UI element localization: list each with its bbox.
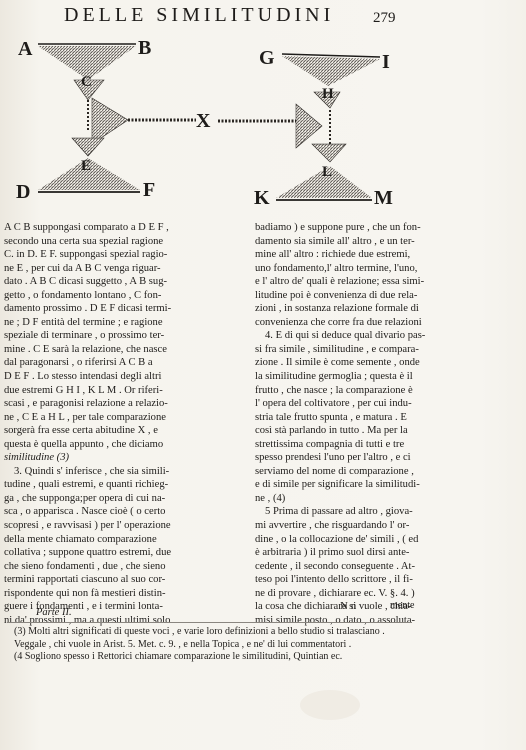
text-line: serviamo del nome di comparazione , xyxy=(255,465,425,479)
footnote-3: (3) Molti altri significati di queste vo… xyxy=(14,626,419,651)
text-line: scasi , e paragonisi relazione a relazio… xyxy=(4,397,251,411)
page-number: 279 xyxy=(373,10,396,27)
label-h: H xyxy=(322,86,334,102)
label-l: L xyxy=(322,164,332,180)
label-f: F xyxy=(143,179,155,201)
text-line: ne , (4) xyxy=(255,492,425,506)
running-head: DELLE SIMILITUDINI xyxy=(64,4,334,27)
similitude-diagram: A B C D E F G H I K L M X xyxy=(0,36,420,206)
text-line: teso poi l'intento dello scrittore , il … xyxy=(255,573,425,587)
paper-stain xyxy=(300,690,360,720)
text-line: cedente , il secondo conseguente . At- xyxy=(255,560,425,574)
paragraph-start: 5 Prima di passare ad altro , giova- xyxy=(255,505,425,519)
text-line: strettissima compagnia di tutti e tre xyxy=(255,438,425,452)
text-line: tudine , quali estremi, e quanti richieg… xyxy=(4,478,251,492)
label-c: C xyxy=(81,74,92,90)
text-line: mine . C E sarà la relazione, che nasce xyxy=(4,343,251,357)
text-line: getto , o fondamento lontano , C fon- xyxy=(4,289,251,303)
label-g: G xyxy=(259,47,275,69)
text-line: è arbitraria ) il primo suol dirsi ante- xyxy=(255,546,425,560)
text-line: badiamo ) e suppone pure , che un fon- xyxy=(255,221,425,235)
right-column: badiamo ) e suppone pure , che un fon- d… xyxy=(255,221,425,627)
text-line: sca , o apparisca . Nasce cioè ( o certo xyxy=(4,505,251,519)
text-line: A C B suppongasi comparato a D E F , xyxy=(4,221,251,235)
footnote-4: (4 Sogliono spesso i Rettorici chiamare … xyxy=(14,651,419,664)
text-line: damento prossimo . D E F dicasi termi- xyxy=(4,302,251,316)
text-line: litudine poi è convenienza di due rela- xyxy=(255,289,425,303)
label-m: M xyxy=(374,187,393,206)
text-line: della mente chiamato comparazione xyxy=(4,533,251,547)
paragraph-start: 3. Quindi s' inferisce , che sia simili- xyxy=(4,465,251,479)
text-line: mi avvertire , che risguardando l' or- xyxy=(255,519,425,533)
label-k: K xyxy=(254,187,270,206)
text-line: ga , che supponga;per opera di cui na- xyxy=(4,492,251,506)
catchword: mente xyxy=(390,600,414,611)
text-line: ne E , per cui da A B C venga riguar- xyxy=(4,262,251,276)
text-line: zioni , in sostanza relazione formale di xyxy=(255,302,425,316)
catchword-signature: N n xyxy=(340,600,356,612)
text-line: così stà parlando in tutto . Ma per la xyxy=(255,424,425,438)
text-line: zione . Il simile è come semente , onde xyxy=(255,356,425,370)
footnotes: (3) Molti altri significati di queste vo… xyxy=(14,626,419,664)
book-page: DELLE SIMILITUDINI 279 xyxy=(0,0,526,750)
text-line: questa è quella appunto , che diciamo xyxy=(4,438,251,452)
text-line: spesso prendesi l'uno per l'altro , e ci xyxy=(255,451,425,465)
text-line: similitudine (3) xyxy=(4,451,251,465)
text-line: si fra simile , similitudine , e compara… xyxy=(255,343,425,357)
text-line: termini rapportati ciascuno al suo cor- xyxy=(4,573,251,587)
text-line: uno fondamento,l' altro termine, l'uno, xyxy=(255,262,425,276)
text-line: frutto , che nasce ; la comparazione è xyxy=(255,384,425,398)
text-line: dato . A B C dicasi suggetto , A B sug- xyxy=(4,275,251,289)
text-line: secondo una certa sua spezial ragione xyxy=(4,235,251,249)
text-line: due estremi G H I , K L M . Or riferi- xyxy=(4,384,251,398)
text-line: damento sia simile all' altro , e un ter… xyxy=(255,235,425,249)
signature-mark: Parte II. xyxy=(36,607,72,618)
text-line: C. in D. E F. suppongasi spezial ragio- xyxy=(4,248,251,262)
label-i: I xyxy=(382,51,390,73)
text-line: sorgerà fra esse certa abitudine X , e xyxy=(4,424,251,438)
label-x: X xyxy=(196,110,211,132)
paragraph-start: 4. E di qui si deduce qual divario pas- xyxy=(255,329,425,343)
text-line: dal paragonarsi , o riferirsi A C B a xyxy=(4,356,251,370)
label-e: E xyxy=(81,158,91,174)
text-line: D E F . Lo stesso intendasi degli altri xyxy=(4,370,251,384)
text-line: la similitudine germoglia ; questa è il xyxy=(255,370,425,384)
text-line: ne ; D F entità del termine ; e ragione xyxy=(4,316,251,330)
label-b: B xyxy=(138,37,151,59)
text-line: ne , C E a H L , per tale comparazione xyxy=(4,411,251,425)
text-line: mine all' altro : richiede due estremi, xyxy=(255,248,425,262)
text-line: e l' altro de' quali è relazione; essa s… xyxy=(255,275,425,289)
label-a: A xyxy=(18,38,33,60)
left-column: A C B suppongasi comparato a D E F , sec… xyxy=(4,221,251,627)
label-d: D xyxy=(16,181,30,203)
text-line: stria tale frutto spunta , e matura . E xyxy=(255,411,425,425)
text-line: scopresi , e ravvisasi ) per l' operazio… xyxy=(4,519,251,533)
text-line: dine , o la collocazione de' simili , ( … xyxy=(255,533,425,547)
text-line: rispondente qui non fà mestieri distin- xyxy=(4,587,251,601)
text-line: convenienza che corre fra due relazioni xyxy=(255,316,425,330)
footnote-rule xyxy=(8,622,412,623)
text-line: che sieno fondamenti , due , che sieno xyxy=(4,560,251,574)
text-line: e di simile per significare la similitud… xyxy=(255,478,425,492)
text-line: l' opera del coltivatore , per cui indu- xyxy=(255,397,425,411)
text-line: speziale di terminare , o prossimo ter- xyxy=(4,329,251,343)
text-line: ne di provare , dichiarare ec. V. §. 4. … xyxy=(255,587,425,601)
text-line: collativa ; suppone quattro estremi, due xyxy=(4,546,251,560)
